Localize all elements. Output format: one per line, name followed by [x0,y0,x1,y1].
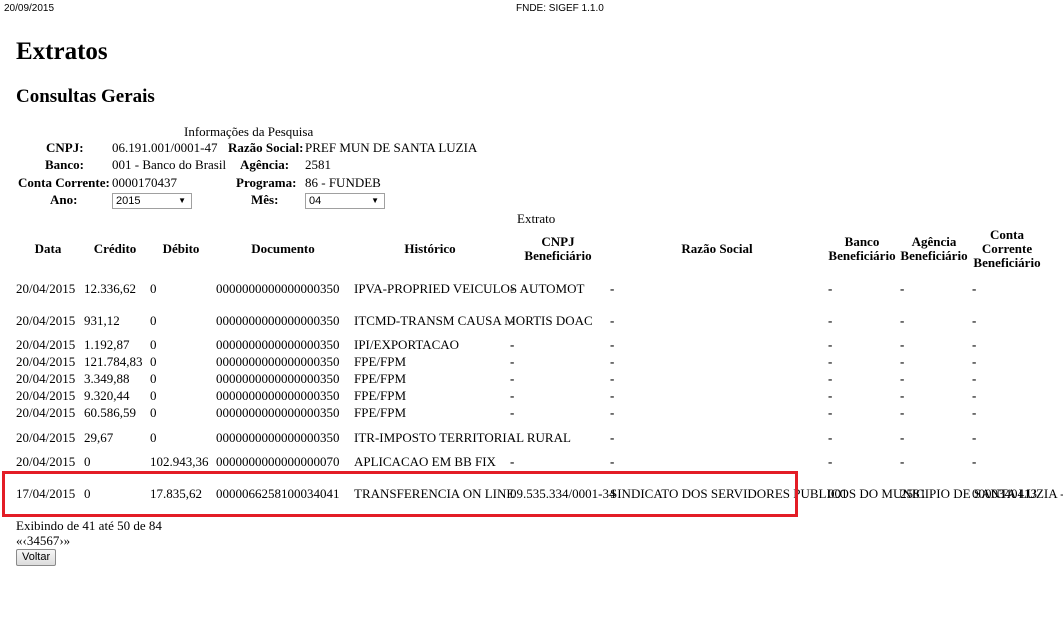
cell-banco-beneficiario: - [826,453,898,470]
cell-historico: FPE/FPM [352,404,508,421]
cell-data: 20/04/2015 [14,336,82,353]
cell-conta-corrente-beneficiario: - [970,353,1044,370]
search-info-caption: Informações da Pesquisa [184,124,313,140]
cell-historico: APLICACAO EM BB FIX [352,453,508,470]
cell-credito: 29,67 [82,421,148,453]
cell-agencia-beneficiario: - [898,353,970,370]
cell-razao-social: - [608,421,826,453]
cell-debito: 0 [148,370,214,387]
cell-banco-beneficiario: - [826,421,898,453]
table-row: 20/04/201512.336,6200000000000000000350I… [14,272,1044,304]
cell-razao-social: - [608,404,826,421]
col-historico: Histórico [352,226,508,272]
mes-select[interactable]: 04 ▼ [305,193,385,209]
cell-conta-corrente-beneficiario: - [970,453,1044,470]
cnpj-value: 06.191.001/0001-47 [112,140,217,156]
cell-data: 20/04/2015 [14,453,82,470]
cell-banco-beneficiario: - [826,272,898,304]
cell-agencia-beneficiario: - [898,272,970,304]
cell-banco-beneficiario: - [826,304,898,336]
cell-cnpj-beneficiario: - [508,453,608,470]
table-row: 20/04/201560.586,5900000000000000000350F… [14,404,1044,421]
cell-cnpj-beneficiario: - [508,336,608,353]
cell-debito: 0 [148,336,214,353]
table-row: 20/04/2015931,1200000000000000000350ITCM… [14,304,1044,336]
cnpj-label: CNPJ: [46,140,84,156]
razao-social-label: Razão Social: [228,140,303,156]
cell-cnpj-beneficiario: - [508,353,608,370]
cell-agencia-beneficiario: - [898,421,970,453]
chevron-down-icon: ▼ [371,194,379,208]
cell-agencia-beneficiario: - [898,370,970,387]
table-row: 20/04/201529,6700000000000000000350ITR-I… [14,421,1044,453]
cell-agencia-beneficiario: - [898,453,970,470]
col-credito: Crédito [82,226,148,272]
cell-cnpj-beneficiario: - [508,387,608,404]
page-title: Extratos [16,38,108,66]
cell-historico: ITR-IMPOSTO TERRITORIAL RURAL [352,421,508,453]
table-row: 20/04/20151.192,8700000000000000000350IP… [14,336,1044,353]
cell-historico: FPE/FPM [352,387,508,404]
cell-historico: IPI/EXPORTACAO [352,336,508,353]
ano-selected-value: 2015 [116,195,140,207]
col-cnpj-beneficiario: CNPJ Beneficiário [508,226,608,272]
table-header-row: Data Crédito Débito Documento Histórico … [14,226,1044,272]
cell-conta-corrente-beneficiario: - [970,404,1044,421]
cell-data: 20/04/2015 [14,272,82,304]
cell-cnpj-beneficiario: - [508,404,608,421]
cell-debito: 0 [148,272,214,304]
table-row: 20/04/2015121.784,8300000000000000000350… [14,353,1044,370]
cell-banco-beneficiario: - [826,336,898,353]
ano-select[interactable]: 2015 ▼ [112,193,192,209]
mes-selected-value: 04 [309,195,321,207]
cell-debito: 102.943,36 [148,453,214,470]
cell-banco-beneficiario: - [826,404,898,421]
cell-agencia-beneficiario: - [898,387,970,404]
cell-razao-social: - [608,336,826,353]
cell-debito: 0 [148,387,214,404]
cell-data: 20/04/2015 [14,304,82,336]
col-banco-beneficiario: Banco Beneficiário [826,226,898,272]
cell-razao-social: - [608,370,826,387]
cell-razao-social: - [608,353,826,370]
cell-banco-beneficiario: - [826,353,898,370]
cell-conta-corrente-beneficiario: - [970,421,1044,453]
cell-documento: 0000000000000000350 [214,272,352,304]
cell-debito: 0 [148,304,214,336]
cell-conta-corrente-beneficiario: - [970,304,1044,336]
cell-historico: FPE/FPM [352,353,508,370]
agencia-label: Agência: [240,157,289,173]
cell-razao-social: - [608,304,826,336]
cell-debito: 0 [148,353,214,370]
cell-documento: 0000000000000000350 [214,387,352,404]
col-agencia-beneficiario: Agência Beneficiário [898,226,970,272]
cell-historico: IPVA-PROPRIED VEICULOS AUTOMOT [352,272,508,304]
cell-credito: 60.586,59 [82,404,148,421]
col-conta-corrente-beneficiario: Conta Corrente Beneficiário [970,226,1044,272]
cell-credito: 931,12 [82,304,148,336]
page-subtitle: Consultas Gerais [16,86,155,108]
cell-razao-social: - [608,387,826,404]
pagination-summary: Exibindo de 41 até 50 de 84 [16,518,162,534]
programa-value: 86 - FUNDEB [305,175,381,191]
mes-label: Mês: [251,192,278,208]
cell-agencia-beneficiario: - [898,336,970,353]
cell-agencia-beneficiario: - [898,404,970,421]
cell-credito: 1.192,87 [82,336,148,353]
ano-label: Ano: [50,192,77,208]
cell-banco-beneficiario: - [826,370,898,387]
col-documento: Documento [214,226,352,272]
banco-label: Banco: [45,157,84,173]
cell-conta-corrente-beneficiario: - [970,387,1044,404]
cell-debito: 0 [148,404,214,421]
back-button[interactable]: Voltar [16,549,56,566]
cell-credito: 121.784,83 [82,353,148,370]
extrato-caption: Extrato [517,211,555,227]
cell-documento: 0000000000000000350 [214,304,352,336]
table-row: 20/04/20150102.943,360000000000000000070… [14,453,1044,470]
cell-razao-social: - [608,272,826,304]
pagination-links[interactable]: «‹34567›» [16,533,70,549]
cell-conta-corrente-beneficiario: - [970,336,1044,353]
highlight-box [2,471,798,517]
col-data: Data [14,226,82,272]
razao-social-value: PREF MUN DE SANTA LUZIA [305,140,477,156]
cell-documento: 0000000000000000070 [214,453,352,470]
cell-conta-corrente-beneficiario: - [970,272,1044,304]
cell-conta-corrente-beneficiario: 0000340413 [970,470,1044,516]
conta-corrente-label: Conta Corrente: [18,175,110,191]
print-app-title: FNDE: SIGEF 1.1.0 [516,3,604,14]
cell-banco-beneficiario: - [826,387,898,404]
agencia-value: 2581 [305,157,331,173]
table-row: 20/04/20153.349,8800000000000000000350FP… [14,370,1044,387]
col-razao-social: Razão Social [608,226,826,272]
cell-documento: 0000000000000000350 [214,404,352,421]
cell-data: 20/04/2015 [14,370,82,387]
table-row: 20/04/20159.320,4400000000000000000350FP… [14,387,1044,404]
cell-razao-social: - [608,453,826,470]
cell-data: 20/04/2015 [14,404,82,421]
banco-value: 001 - Banco do Brasil [112,157,226,173]
cell-data: 20/04/2015 [14,387,82,404]
col-debito: Débito [148,226,214,272]
cell-documento: 0000000000000000350 [214,421,352,453]
conta-corrente-value: 0000170437 [112,175,177,191]
cell-documento: 0000000000000000350 [214,336,352,353]
cell-conta-corrente-beneficiario: - [970,370,1044,387]
cell-debito: 0 [148,421,214,453]
cell-data: 20/04/2015 [14,353,82,370]
cell-credito: 0 [82,453,148,470]
print-date: 20/09/2015 [4,3,54,14]
cell-documento: 0000000000000000350 [214,370,352,387]
cell-cnpj-beneficiario: - [508,370,608,387]
cell-data: 20/04/2015 [14,421,82,453]
cell-historico: ITCMD-TRANSM CAUSA MORTIS DOAC [352,304,508,336]
cell-credito: 3.349,88 [82,370,148,387]
cell-historico: FPE/FPM [352,370,508,387]
programa-label: Programa: [236,175,296,191]
cell-credito: 12.336,62 [82,272,148,304]
cell-credito: 9.320,44 [82,387,148,404]
cell-agencia-beneficiario: - [898,304,970,336]
chevron-down-icon: ▼ [178,194,186,208]
cell-documento: 0000000000000000350 [214,353,352,370]
